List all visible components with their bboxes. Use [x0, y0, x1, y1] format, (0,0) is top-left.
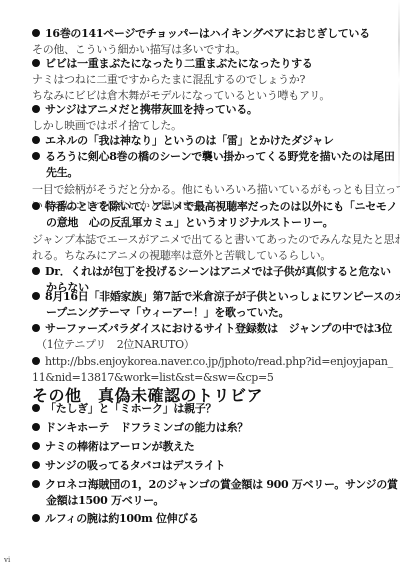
trivia-item-8: 8月16日「非婚家族」第7話で米倉涼子が子供といっしょにワンピースのオ	[32, 290, 400, 304]
trivia-item-3: サンジはアニメだと携帯灰皿を持っている。	[32, 103, 258, 117]
trivia-title-cont: ープニングテーマ「ウィーアー！」を歌っていた。	[46, 306, 289, 320]
unconfirmed-item-2: ドンキホーテ ドフラミンゴの能力は糸？	[32, 421, 248, 435]
trivia-body: ジャンプ本誌でエースがアニメで出てると書いてあったのでみんな見たと思わ	[32, 233, 400, 247]
trivia-body: しかし映画ではポイ捨てした。	[32, 119, 182, 133]
page-number: vi	[4, 556, 10, 564]
url-link[interactable]: http://bbs.enjoykorea.naver.co.jp/jphoto…	[45, 355, 393, 368]
bullet-icon	[32, 404, 40, 412]
unconfirmed-item-5: クロネコ海賊団の1，2のジャンゴの賞金額は 900 万ベリー。サンジの賞	[32, 478, 398, 492]
bullet-icon	[32, 461, 40, 469]
trivia-item-7: Dr．くれはが包丁を投げるシーンはアニメでは子供が真似すると危ない	[32, 265, 391, 279]
trivia-title-cont: の意地 心の反乱軍カミュ」というオリジナルストーリー。	[46, 216, 333, 230]
bullet-icon	[32, 105, 40, 113]
bullet-icon	[32, 29, 40, 37]
trivia-item-5: るろうに剣心8巻の橋のシーンで襲い掛かってくる野党を描いたのは尾田	[32, 150, 395, 164]
bullet-icon	[32, 423, 40, 431]
trivia-body: ナミはつねに二重ですからたまに混乱するのでしょうか?	[32, 73, 305, 87]
unconfirmed-item-3: ナミの棒術はアーロンが教えた	[32, 440, 194, 454]
unconfirmed-item-4: サンジの吸ってるタバコはデスライト	[32, 459, 225, 473]
bullet-icon	[32, 59, 40, 67]
bullet-icon	[32, 480, 40, 488]
trivia-item-10: http://bbs.enjoykorea.naver.co.jp/jphoto…	[32, 355, 393, 369]
bullet-icon	[32, 442, 40, 450]
bullet-icon	[32, 357, 40, 365]
trivia-body: れる。ちなみにアニメの視聴率は意外と苦戦しているらしい。	[32, 249, 331, 263]
trivia-item-1: 16巻の141ページでチョッパーはハイキングベアにおじぎしている	[32, 27, 370, 41]
bullet-icon	[32, 324, 40, 332]
trivia-body: ちなみにビビは倉木舞がモデルになっているという噂もアリ。	[32, 89, 330, 103]
trivia-body: （1位テニプリ 2位NARUTO）	[36, 338, 195, 352]
trivia-item-4: エネルの「我は神なり」というのは「雷」とかけたダジャレ	[32, 134, 334, 148]
unconfirmed-item-cont: 金額は1500 万ベリー。	[46, 494, 164, 508]
bullet-icon	[32, 152, 40, 160]
unconfirmed-item-6: ルフィの腕は約100m 位伸びる	[32, 512, 199, 526]
bullet-icon	[32, 514, 40, 522]
bullet-icon	[32, 202, 40, 210]
trivia-item-6: 特番のときを除いて、アニメで最高視聴率だったのは以外にも「ニセモノ	[32, 200, 397, 214]
trivia-item-9: サーファーズパラダイスにおけるサイト登録数は ジャンプの中では3位	[32, 322, 392, 336]
unconfirmed-item-1: 「たしぎ」と「ミホーク」は親子？	[32, 402, 216, 416]
trivia-body: 一目で絵柄がそうだと分かる。他にもいろいろ描いているがもっとも目立って	[32, 183, 400, 197]
trivia-title-cont: 先生。	[46, 166, 78, 180]
bullet-icon	[32, 136, 40, 144]
trivia-body: その他、こういう細かい描写は多いですね。	[32, 43, 246, 57]
trivia-item-2: ビビは一重まぶたになったり二重まぶたになったりする	[32, 57, 313, 71]
bullet-icon	[32, 267, 40, 275]
bullet-icon	[32, 292, 40, 300]
document-page: 16巻の141ページでチョッパーはハイキングベアにおじぎしている その他、こうい…	[0, 0, 400, 570]
